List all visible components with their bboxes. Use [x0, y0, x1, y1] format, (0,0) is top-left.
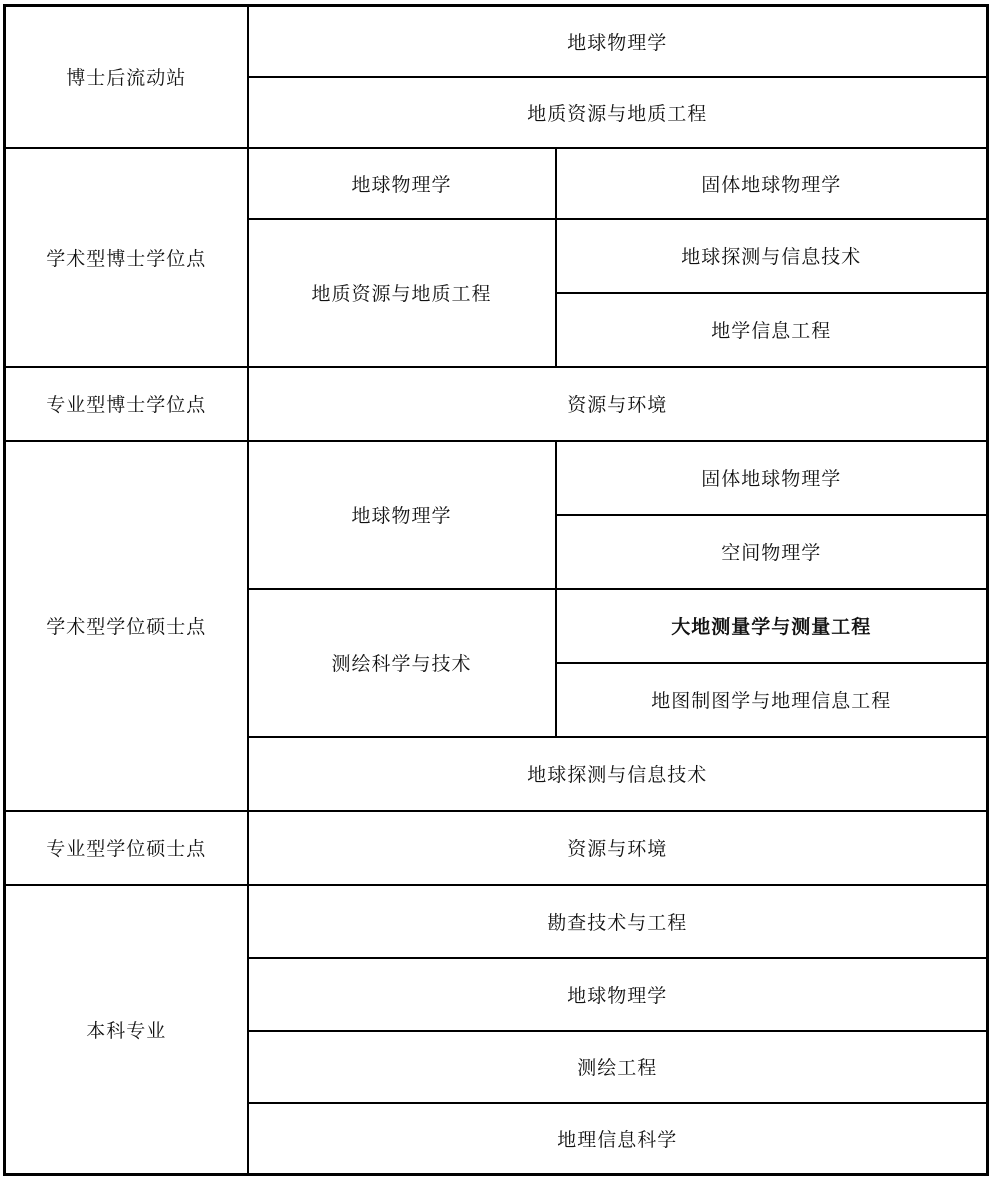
subfield-cell: 大地测量学与测量工程 [556, 589, 988, 663]
category-cell: 博士后流动站 [5, 6, 248, 148]
category-cell: 专业型学位硕士点 [5, 811, 248, 885]
program-cell: 地质资源与地质工程 [248, 77, 988, 148]
subfield-cell: 地图制图学与地理信息工程 [556, 663, 988, 737]
subfield-cell: 固体地球物理学 [556, 148, 988, 219]
category-cell: 学术型学位硕士点 [5, 441, 248, 811]
table-row: 专业型博士学位点 资源与环境 [5, 367, 988, 441]
table-row: 博士后流动站 地球物理学 [5, 6, 988, 77]
subfield-cell: 地球探测与信息技术 [556, 219, 988, 293]
program-cell: 地球物理学 [248, 6, 988, 77]
table-row: 本科专业 勘查技术与工程 [5, 885, 988, 958]
discipline-cell: 地质资源与地质工程 [248, 219, 556, 367]
discipline-cell: 地球物理学 [248, 441, 556, 589]
subfield-cell: 地学信息工程 [556, 293, 988, 367]
program-cell: 测绘工程 [248, 1031, 988, 1103]
program-cell: 地球探测与信息技术 [248, 737, 988, 811]
category-cell: 专业型博士学位点 [5, 367, 248, 441]
program-cell: 资源与环境 [248, 367, 988, 441]
table-row: 学术型博士学位点 地球物理学 固体地球物理学 [5, 148, 988, 219]
discipline-cell: 测绘科学与技术 [248, 589, 556, 737]
category-cell: 学术型博士学位点 [5, 148, 248, 367]
table-row: 专业型学位硕士点 资源与环境 [5, 811, 988, 885]
program-cell: 地理信息科学 [248, 1103, 988, 1175]
category-cell: 本科专业 [5, 885, 248, 1175]
subfield-cell: 空间物理学 [556, 515, 988, 589]
table-row: 学术型学位硕士点 地球物理学 固体地球物理学 [5, 441, 988, 515]
program-cell: 资源与环境 [248, 811, 988, 885]
program-cell: 勘查技术与工程 [248, 885, 988, 958]
discipline-cell: 地球物理学 [248, 148, 556, 219]
degree-programs-table: 博士后流动站 地球物理学 地质资源与地质工程 学术型博士学位点 地球物理学 固体… [3, 4, 989, 1176]
program-cell: 地球物理学 [248, 958, 988, 1031]
subfield-cell: 固体地球物理学 [556, 441, 988, 515]
